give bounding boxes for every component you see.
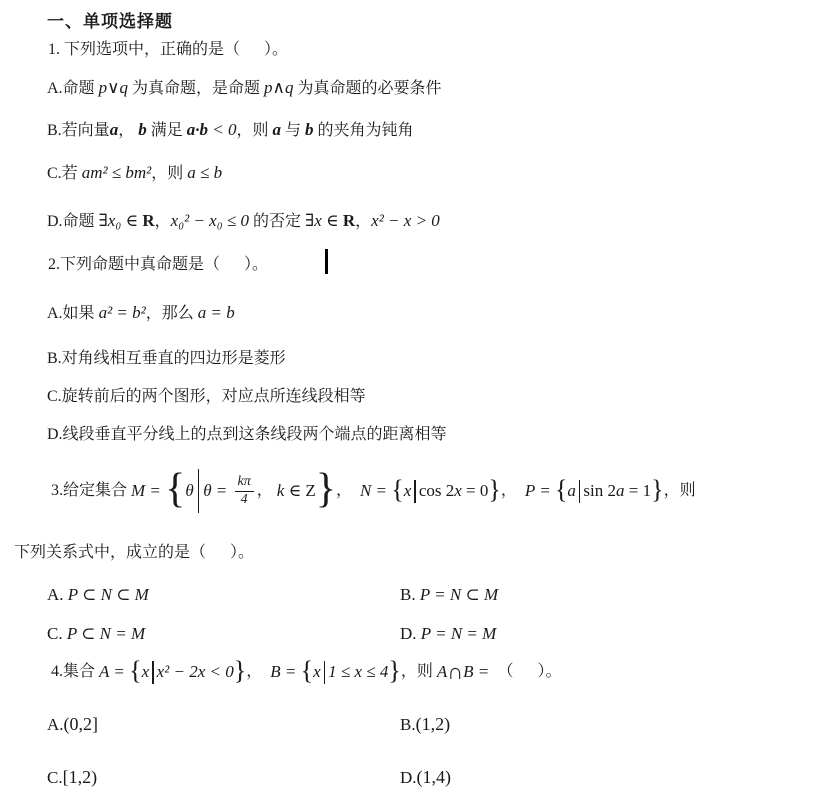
question-2-option-a[interactable]: A.如果 a² = b²，那么 a = b <box>47 301 235 326</box>
text-segment: ， <box>501 479 525 503</box>
text-segment: (1,2) <box>416 714 451 734</box>
question-3-option-a[interactable]: A. P ⊂ N ⊂ M <box>47 583 149 608</box>
text-segment: M = <box>131 479 165 503</box>
text-segment: ，则 <box>236 122 272 139</box>
text-segment: x <box>142 660 150 684</box>
text-segment: 与 <box>281 122 305 139</box>
text-segment: 的夹角为钝角 <box>313 122 413 139</box>
section-heading: 一、单项选择题 <box>47 10 173 34</box>
text-segment: ∩ <box>447 661 463 683</box>
text-segment: R <box>343 211 355 230</box>
text-segment: x² − 2x < 0 <box>157 660 234 684</box>
set-builder-bar <box>414 480 416 503</box>
question-3-option-b[interactable]: B. P = N ⊂ M <box>400 583 498 608</box>
set-brace: { <box>301 658 313 684</box>
set-builder-bar <box>198 469 200 513</box>
text-segment: a <box>616 479 625 503</box>
question-2-stem[interactable]: 2.下列命题中真命题是（ ）。 <box>48 253 268 277</box>
text-segment: 3.给定集合 <box>51 479 131 503</box>
text-segment: P ⊂ N ⊂ M <box>64 585 149 604</box>
set-brace: } <box>651 477 663 503</box>
question-4-option-c[interactable]: C.[1,2) <box>47 765 97 791</box>
question-3-stem-wrap[interactable]: 下列关系式中，成立的是（ ）。 <box>14 541 254 565</box>
text-segment: 1 ≤ x ≤ 4 <box>328 660 388 684</box>
text-segment: A <box>437 660 447 684</box>
text-segment: 为真命题，是命题 <box>128 80 264 97</box>
set-builder-bar <box>152 661 154 684</box>
text-segment: k <box>277 479 285 503</box>
text-segment: a ≤ b <box>187 163 222 182</box>
question-2-option-d[interactable]: D.线段垂直平分线上的点到这条线段两个端点的距离相等 <box>47 423 447 447</box>
question-1-option-a[interactable]: A.命题 p∨q 为真命题，是命题 p∧q 为真命题的必要条件 <box>47 76 442 101</box>
text-segment: ， <box>257 479 277 503</box>
text-segment: ，则 <box>151 165 187 182</box>
text-segment: ， <box>246 660 270 684</box>
text-segment: ∃ <box>99 211 108 230</box>
text-segment: C. <box>47 624 63 643</box>
set-brace: } <box>388 658 400 684</box>
text-segment: C.若 <box>47 165 82 182</box>
text-segment: x <box>314 211 322 230</box>
document-page[interactable]: 一、单项选择题 1. 下列选项中，正确的是（ ）。 A.命题 p∨q 为真命题，… <box>0 0 826 803</box>
text-segment: ∈ Z <box>284 479 315 503</box>
text-segment: B = <box>270 660 300 684</box>
text-segment: cos 2 <box>419 479 454 503</box>
text-segment: ∈ <box>322 211 343 230</box>
text-segment: P = N ⊂ M <box>416 585 499 604</box>
set-builder-bar <box>324 661 326 684</box>
text-segment: B. <box>400 585 416 604</box>
text-segment: b <box>138 120 147 139</box>
question-3-stem[interactable]: 3.给定集合 M = {θθ = kπ4， k ∈ Z}， N = {xcos … <box>51 462 696 520</box>
text-segment: ， <box>155 213 171 230</box>
question-1-option-b[interactable]: B.若向量a， b 满足 a·b < 0，则 a 与 b 的夹角为钝角 <box>47 118 414 143</box>
set-brace: { <box>555 477 567 503</box>
text-segment: am² ≤ bm² <box>82 163 152 182</box>
question-2-option-b[interactable]: B.对角线相互垂直的四边形是菱形 <box>47 347 286 371</box>
text-segment: x₀ <box>108 211 121 230</box>
text-segment: A. <box>47 715 64 734</box>
set-brace: } <box>316 468 336 510</box>
text-segment: x <box>404 479 412 503</box>
text-segment: A.命题 <box>47 80 99 97</box>
question-4-option-b[interactable]: B.(1,2) <box>400 712 450 738</box>
text-segment: x₀² − x₀ ≤ 0 <box>171 211 249 230</box>
text-segment: A. <box>47 585 64 604</box>
set-brace: } <box>234 658 246 684</box>
text-segment: a² = b² <box>99 303 146 322</box>
text-segment: x <box>454 479 462 503</box>
text-segment: ， <box>355 213 371 230</box>
text-segment: = 0 <box>462 479 489 503</box>
text-segment: P ⊂ N = M <box>63 624 146 643</box>
question-1-stem[interactable]: 1. 下列选项中，正确的是（ ）。 <box>48 38 288 62</box>
text-segment: = 1 <box>625 479 652 503</box>
text-segment: sin 2 <box>583 479 616 503</box>
text-segment: (0,2] <box>64 714 99 734</box>
text-segment: 满足 <box>147 122 187 139</box>
text-segment: x² − x > 0 <box>371 211 440 230</box>
question-1-option-d[interactable]: D.命题 ∃x₀ ∈ R，x₀² − x₀ ≤ 0 的否定 ∃x ∈ R，x² … <box>47 209 440 234</box>
text-segment: C. <box>47 768 63 787</box>
question-2-option-c[interactable]: C.旋转前后的两个图形，对应点所连线段相等 <box>47 385 366 409</box>
text-segment: ∈ <box>121 211 142 230</box>
text-segment: B = <box>463 660 493 684</box>
text-segment: P = N = M <box>417 624 497 643</box>
text-segment: B.若向量 <box>47 122 110 139</box>
text-segment: 的否定 <box>249 213 305 230</box>
text-segment: ，那么 <box>146 305 198 322</box>
text-segment: 为真命题的必要条件 <box>293 80 441 97</box>
text-segment: a <box>272 120 281 139</box>
text-segment: 4.集合 <box>51 660 99 684</box>
question-1-option-c[interactable]: C.若 am² ≤ bm²，则 a ≤ b <box>47 161 222 186</box>
text-segment: θ <box>185 479 193 503</box>
text-segment: D. <box>400 624 417 643</box>
text-segment: D.命题 <box>47 213 99 230</box>
text-segment: （ ）。 <box>494 660 562 684</box>
text-segment: ，则 <box>401 660 437 684</box>
text-segment: p∧q <box>264 78 293 97</box>
text-segment: N = <box>360 479 391 503</box>
question-4-stem[interactable]: 4.集合 A = {xx² − 2x < 0}， B = {x1 ≤ x ≤ 4… <box>51 653 562 691</box>
text-segment: x <box>313 660 321 684</box>
text-cursor <box>325 249 328 274</box>
question-4-option-d[interactable]: D.(1,4) <box>400 765 451 791</box>
text-segment: D. <box>400 768 417 787</box>
set-brace: } <box>488 477 500 503</box>
question-3-option-d[interactable]: D. P = N = M <box>400 622 496 647</box>
text-segment: [1,2) <box>63 767 98 787</box>
set-brace: { <box>129 658 141 684</box>
set-builder-bar <box>579 480 581 503</box>
set-brace: { <box>165 468 185 510</box>
text-segment: P = <box>525 479 555 503</box>
text-segment: θ = <box>203 479 231 503</box>
text-segment: ， <box>118 122 138 139</box>
text-segment: A = <box>99 660 129 684</box>
text-segment: ， <box>336 479 360 503</box>
text-segment: (1,4) <box>417 767 452 787</box>
text-segment: < 0 <box>208 120 236 139</box>
text-segment: a <box>567 479 576 503</box>
text-segment: R <box>142 211 154 230</box>
text-segment: a <box>110 120 119 139</box>
text-segment: B. <box>400 715 416 734</box>
text-segment: a·b <box>187 120 208 139</box>
question-4-option-a[interactable]: A.(0,2] <box>47 712 98 738</box>
text-segment: ∃ <box>305 211 314 230</box>
text-segment: a = b <box>198 303 235 322</box>
set-brace: { <box>391 477 403 503</box>
text-segment: A.如果 <box>47 305 99 322</box>
text-segment: p∨q <box>99 78 128 97</box>
fraction: kπ4 <box>235 474 254 507</box>
question-3-option-c[interactable]: C. P ⊂ N = M <box>47 622 145 647</box>
text-segment: ，则 <box>664 479 696 503</box>
